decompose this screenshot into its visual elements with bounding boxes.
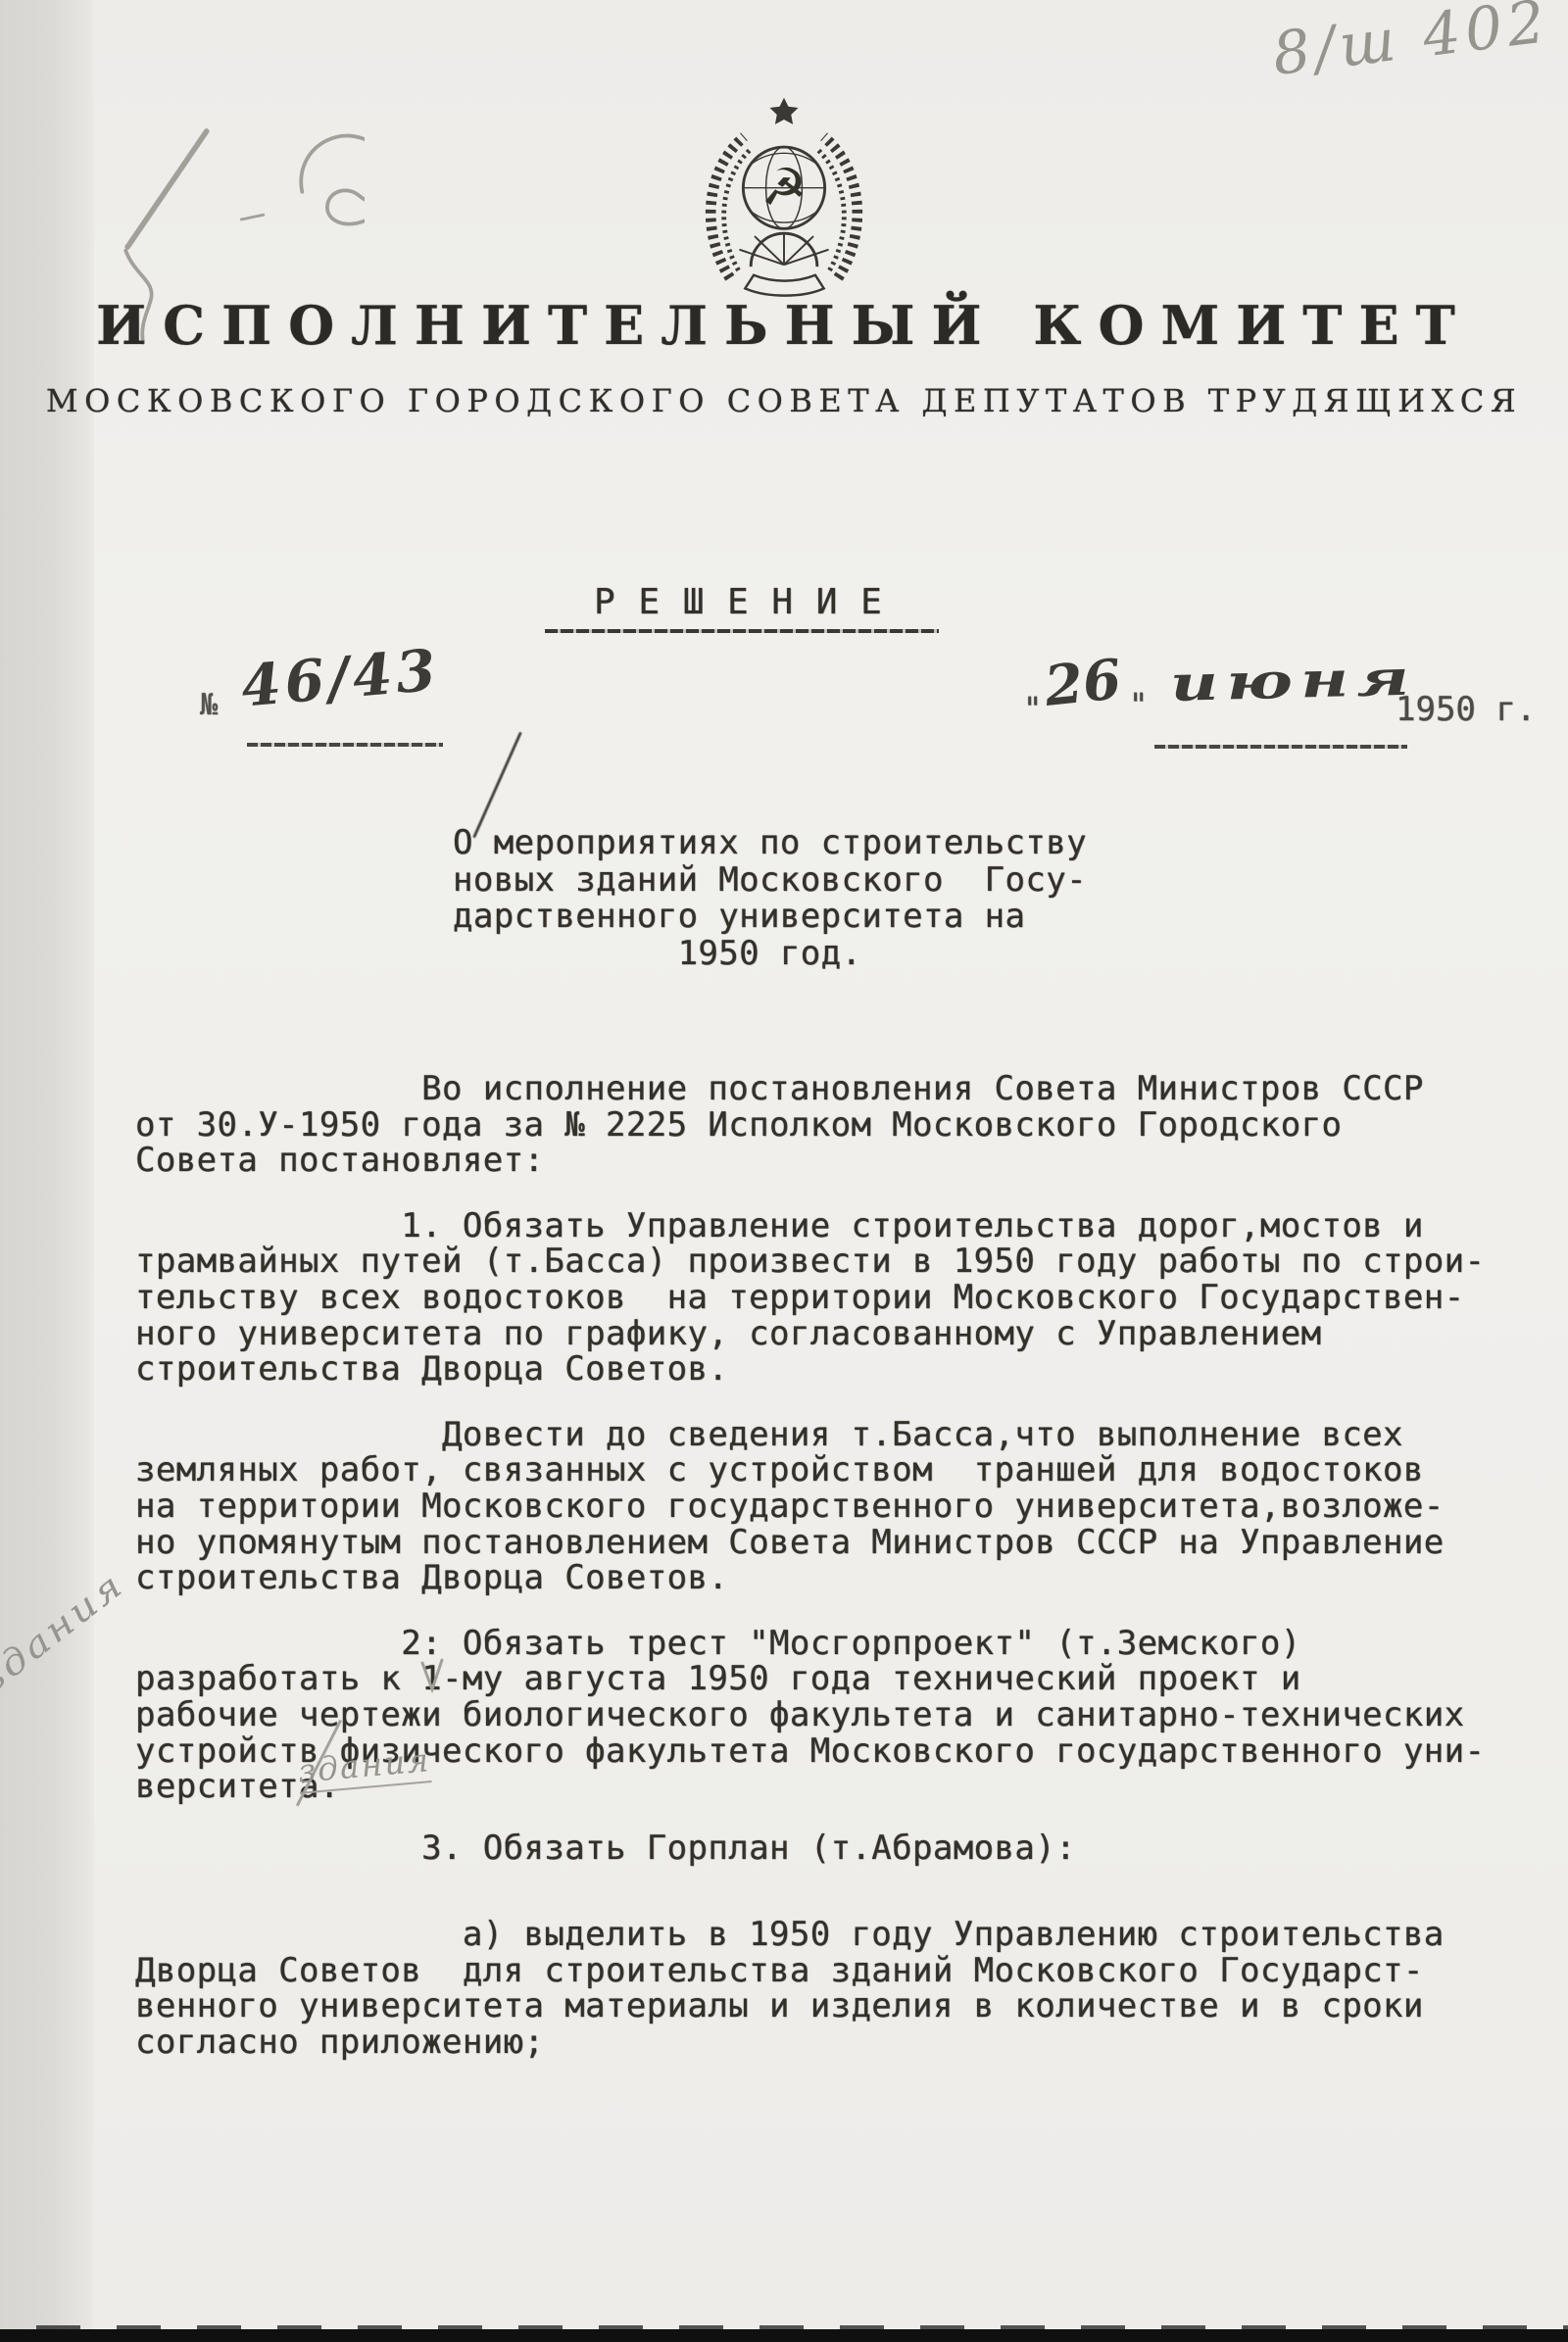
decision-title: Р Е Ш Е Н И Е: [594, 582, 883, 622]
typed-line: рабочие чертежи биологического факультет…: [135, 1697, 1546, 1733]
paragraph-item-3a: а) выделить в 1950 году Управлению строи…: [135, 1917, 1546, 2060]
typed-line: разработать к 1-му августа 1950 года тех…: [135, 1661, 1546, 1697]
typed-line: 1. Обязать Управление строительства доро…: [135, 1208, 1546, 1244]
date-quote-open: ": [1023, 690, 1042, 727]
typed-line: земляных работ, связанных с устройством …: [135, 1452, 1546, 1488]
subject-line: О мероприятиях по строительству: [453, 825, 1087, 862]
date-month: июня: [1169, 649, 1419, 712]
org-name-line1: ИСПОЛНИТЕЛЬНЫЙ КОМИТЕТ: [0, 294, 1568, 357]
typed-line: венного университета материалы и изделия…: [135, 1988, 1546, 2025]
typed-line: согласно приложению;: [135, 2025, 1546, 2061]
doc-number-label: №: [200, 688, 218, 722]
date-quote-close: ": [1129, 686, 1148, 723]
typed-line: но упомянутым постановлением Совета Мини…: [135, 1525, 1546, 1561]
typed-line: строительства Дворца Советов.: [135, 1351, 1546, 1388]
svg-text:☭: ☭: [761, 158, 808, 218]
subject-line: дарственного университета на: [453, 899, 1087, 936]
typed-line: Во исполнение постановления Совета Минис…: [135, 1071, 1546, 1107]
bottom-scan-edge: [0, 2329, 1568, 2342]
ussr-coat-of-arms-icon: ☭: [694, 90, 874, 302]
subject-line: новых зданий Московского Госу-: [453, 862, 1087, 900]
typed-line: трамвайных путей (т.Басса) произвести в …: [135, 1244, 1546, 1280]
typed-line: на территории Московского государственно…: [135, 1488, 1546, 1525]
subject-block: О мероприятиях по строительству новых зд…: [453, 825, 1087, 972]
typed-line: Дворца Советов для строительства зданий …: [135, 1953, 1546, 1989]
typed-line: 2: Обязать трест "Мосгорпроект" (т.Земск…: [135, 1626, 1546, 1662]
typed-line: Совета постановляет:: [135, 1143, 1546, 1179]
typed-line: Довести до сведения т.Басса,что выполнен…: [135, 1417, 1546, 1453]
org-name-line2: МОСКОВСКОГО ГОРОДСКОГО СОВЕТА ДЕПУТАТОВ …: [0, 382, 1568, 419]
doc-number-value: 46/43: [238, 636, 442, 719]
document-page: 8/ш 402 ☭: [0, 0, 1568, 2342]
paragraph-notice: Довести до сведения т.Басса,что выполнен…: [135, 1417, 1546, 1596]
date-month-underline: [1154, 745, 1407, 749]
typed-line: тельству всех водостоков на территории М…: [135, 1280, 1546, 1316]
typed-line: ного университета по графику, согласован…: [135, 1316, 1546, 1352]
subject-line: 1950 год.: [453, 936, 1087, 973]
document-body: Во исполнение постановления Совета Минис…: [135, 1071, 1546, 2090]
typed-line: а) выделить в 1950 году Управлению строи…: [135, 1917, 1546, 1953]
date-year: 1950 г.: [1396, 690, 1536, 729]
pencil-inventory-number: 8/ш 402: [1269, 0, 1553, 89]
paragraph-item-1: 1. Обязать Управление строительства доро…: [135, 1208, 1546, 1388]
paragraph-preamble: Во исполнение постановления Совета Минис…: [135, 1071, 1546, 1179]
doc-number-underline: [247, 743, 443, 747]
date-day: 26: [1042, 647, 1124, 719]
title-underline: [545, 629, 939, 633]
paragraph-item-3: 3. Обязать Горплан (т.Абрамова):: [135, 1830, 1546, 1867]
insertion-caret-icon: [419, 1658, 445, 1697]
typed-line: 3. Обязать Горплан (т.Абрамова):: [135, 1830, 1546, 1867]
typed-line: от 30.У-1950 года за № 2225 Исполком Мос…: [135, 1107, 1546, 1144]
typed-line: строительства Дворца Советов.: [135, 1560, 1546, 1596]
